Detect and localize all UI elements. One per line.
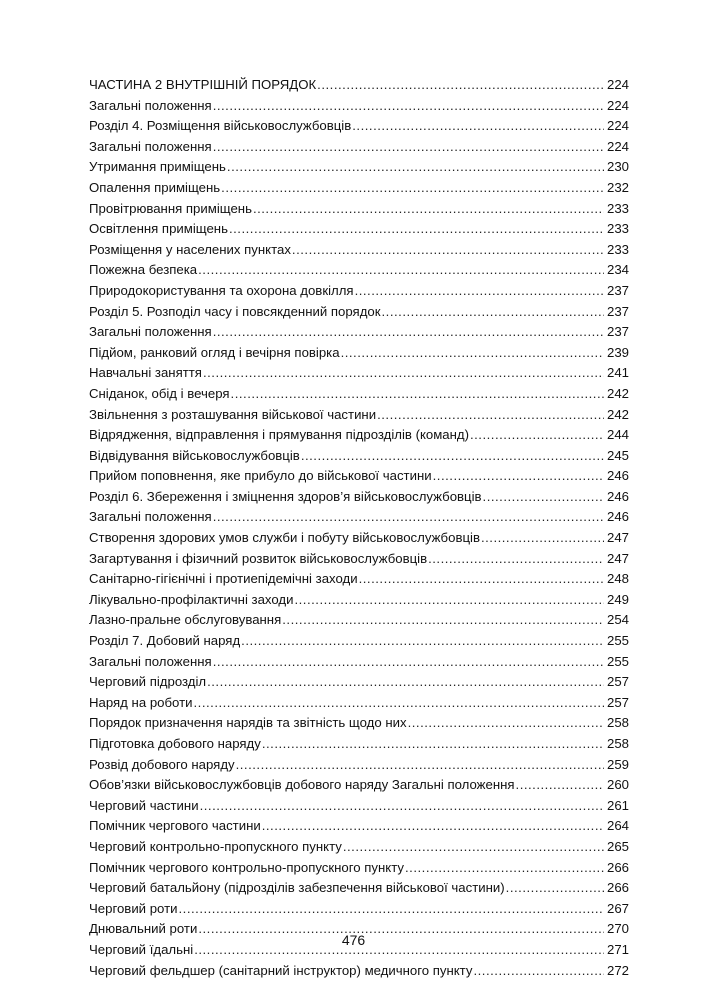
toc-entry-page: 244	[607, 425, 629, 446]
toc-entry-title: Пожежна безпека	[89, 260, 197, 281]
dot-leader	[292, 240, 604, 261]
toc-entry-title: Загальні положення	[89, 507, 212, 528]
toc-entry-page: 246	[607, 487, 629, 508]
toc-entry-title: Розділ 4. Розміщення військовослужбовців	[89, 116, 351, 137]
toc-entry-title: Розміщення у населених пунктах	[89, 240, 291, 261]
toc-entry-title: Розвід добового наряду	[89, 755, 235, 776]
toc-entry[interactable]: Черговий роти267	[89, 899, 629, 920]
toc-entry[interactable]: Розвід добового наряду259	[89, 755, 629, 776]
toc-entry-page: 257	[607, 693, 629, 714]
toc-entry-title: Провітрювання приміщень	[89, 199, 252, 220]
toc-entry-title: Сніданок, обід і вечеря	[89, 384, 230, 405]
toc-entry-title: Загартування і фізичний розвиток військо…	[89, 549, 427, 570]
toc-entry-title: Навчальні заняття	[89, 363, 202, 384]
toc-entry[interactable]: Розділ 7. Добовий наряд255	[89, 631, 629, 652]
dot-leader	[221, 178, 604, 199]
toc-entry[interactable]: Обов’язки військовослужбовців добового н…	[89, 775, 629, 796]
toc-entry-page: 248	[607, 569, 629, 590]
toc-entry[interactable]: Розділ 5. Розподіл часу і повсякденний п…	[89, 302, 629, 323]
toc-entry-page: 249	[607, 590, 629, 611]
dot-leader	[253, 199, 604, 220]
toc-entry[interactable]: Розміщення у населених пунктах233	[89, 240, 629, 261]
toc-entry-page: 224	[607, 75, 629, 96]
toc-entry-title: Створення здорових умов служби і побуту …	[89, 528, 480, 549]
toc-entry[interactable]: Освітлення приміщень233	[89, 219, 629, 240]
toc-entry[interactable]: Звільнення з розташування військової час…	[89, 405, 629, 426]
toc-entry-title: Підготовка добового наряду	[89, 734, 261, 755]
dot-leader	[203, 363, 604, 384]
dot-leader	[343, 837, 604, 858]
toc-entry-page: 239	[607, 343, 629, 364]
dot-leader	[207, 672, 604, 693]
toc-entry-page: 245	[607, 446, 629, 467]
toc-entry-title: Наряд на роботи	[89, 693, 193, 714]
dot-leader	[377, 405, 604, 426]
dot-leader	[359, 569, 604, 590]
toc-entry-title: Помічник чергового частини	[89, 816, 261, 837]
toc-entry[interactable]: Пожежна безпека234	[89, 260, 629, 281]
toc-entry[interactable]: Лазно-пральне обслуговування254	[89, 610, 629, 631]
toc-entry-page: 258	[607, 734, 629, 755]
toc-entry-page: 233	[607, 240, 629, 261]
toc-entry-title: Черговий фельдшер (санітарний інструктор…	[89, 961, 472, 982]
dot-leader	[241, 631, 604, 652]
toc-entry-title: Прийом поповнення, яке прибуло до військ…	[89, 466, 432, 487]
toc-entry-page: 257	[607, 672, 629, 693]
toc-entry[interactable]: Відрядження, відправлення і прямування п…	[89, 425, 629, 446]
toc-entry-title: Розділ 6. Збереження і зміцнення здоров’…	[89, 487, 482, 508]
toc-entry[interactable]: Санітарно-гігієнічні і протиепідемічні з…	[89, 569, 629, 590]
toc-entry-page: 266	[607, 858, 629, 879]
dot-leader	[382, 302, 604, 323]
toc-entry-title: Лікувально-профілактичні заходи	[89, 590, 293, 611]
toc-entry-page: 224	[607, 116, 629, 137]
toc-entry-page: 272	[607, 961, 629, 982]
toc-entry[interactable]: ЧАСТИНА 2 ВНУТРІШНІЙ ПОРЯДОК224	[89, 75, 629, 96]
toc-entry-title: Помічник чергового контрольно-пропускног…	[89, 858, 404, 879]
dot-leader	[506, 878, 604, 899]
dot-leader	[301, 446, 604, 467]
dot-leader	[355, 281, 604, 302]
dot-leader	[428, 549, 604, 570]
toc-entry[interactable]: Розділ 4. Розміщення військовослужбовців…	[89, 116, 629, 137]
dot-leader	[470, 425, 604, 446]
toc-entry[interactable]: Загальні положення255	[89, 652, 629, 673]
toc-entry-title: Утримання приміщень	[89, 157, 226, 178]
toc-entry-title: Освітлення приміщень	[89, 219, 228, 240]
toc-entry-page: 224	[607, 96, 629, 117]
dot-leader	[473, 961, 604, 982]
dot-leader	[408, 713, 604, 734]
dot-leader	[262, 734, 604, 755]
toc-entry-page: 237	[607, 281, 629, 302]
toc-entry-title: Загальні положення	[89, 137, 212, 158]
toc-entry[interactable]: Розділ 6. Збереження і зміцнення здоров’…	[89, 487, 629, 508]
dot-leader	[341, 343, 604, 364]
dot-leader	[213, 322, 604, 343]
toc-entry[interactable]: Лікувально-профілактичні заходи249	[89, 590, 629, 611]
dot-leader	[213, 507, 604, 528]
toc-entry[interactable]: Черговий фельдшер (санітарний інструктор…	[89, 961, 629, 982]
toc-entry-title: Підйом, ранковий огляд і вечірня повірка	[89, 343, 340, 364]
toc-entry-title: Відвідування військовослужбовців	[89, 446, 300, 467]
toc-entry[interactable]: Черговий частини261	[89, 796, 629, 817]
toc-entry-page: 255	[607, 652, 629, 673]
toc-entry[interactable]: Помічник чергового контрольно-пропускног…	[89, 858, 629, 879]
toc-entry-page: 233	[607, 219, 629, 240]
dot-leader	[317, 75, 604, 96]
dot-leader	[229, 219, 604, 240]
dot-leader	[236, 755, 604, 776]
toc-entry-title: Опалення приміщень	[89, 178, 220, 199]
dot-leader	[483, 487, 604, 508]
toc-entry[interactable]: Прийом поповнення, яке прибуло до військ…	[89, 466, 629, 487]
dot-leader	[405, 858, 604, 879]
toc-entry-page: 237	[607, 302, 629, 323]
toc-entry-page: 265	[607, 837, 629, 858]
toc-entry-page: 260	[607, 775, 629, 796]
dot-leader	[352, 116, 604, 137]
toc-entry[interactable]: Загальні положення246	[89, 507, 629, 528]
toc-entry-title: Розділ 5. Розподіл часу і повсякденний п…	[89, 302, 381, 323]
toc-entry-page: 261	[607, 796, 629, 817]
toc-entry-title: Черговий підрозділ	[89, 672, 206, 693]
toc-entry[interactable]: Підготовка добового наряду258	[89, 734, 629, 755]
page-number: 476	[0, 932, 707, 948]
toc-entry[interactable]: Відвідування військовослужбовців245	[89, 446, 629, 467]
toc-entry-title: Черговий батальйону (підрозділів забезпе…	[89, 878, 505, 899]
toc-entry-title: Черговий контрольно-пропускного пункту	[89, 837, 342, 858]
toc-entry-title: Лазно-пральне обслуговування	[89, 610, 281, 631]
dot-leader	[516, 775, 604, 796]
toc-entry-page: 224	[607, 137, 629, 158]
toc-entry-page: 242	[607, 405, 629, 426]
toc-entry[interactable]: Створення здорових умов служби і побуту …	[89, 528, 629, 549]
toc-entry[interactable]: Загальні положення224	[89, 96, 629, 117]
toc-entry-title: Відрядження, відправлення і прямування п…	[89, 425, 469, 446]
toc-entry[interactable]: Утримання приміщень230	[89, 157, 629, 178]
table-of-contents: ЧАСТИНА 2 ВНУТРІШНІЙ ПОРЯДОК224Загальні …	[89, 75, 629, 981]
toc-entry-title: Розділ 7. Добовий наряд	[89, 631, 240, 652]
toc-entry[interactable]: Порядок призначення нарядів та звітність…	[89, 713, 629, 734]
toc-entry[interactable]: Провітрювання приміщень233	[89, 199, 629, 220]
toc-entry-title: Обов’язки військовослужбовців добового н…	[89, 775, 515, 796]
dot-leader	[200, 796, 604, 817]
toc-entry[interactable]: Сніданок, обід і вечеря242	[89, 384, 629, 405]
toc-entry[interactable]: Загальні положення237	[89, 322, 629, 343]
dot-leader	[213, 652, 604, 673]
toc-entry-page: 247	[607, 528, 629, 549]
dot-leader	[194, 693, 604, 714]
dot-leader	[294, 590, 604, 611]
toc-entry-page: 266	[607, 878, 629, 899]
toc-entry-page: 234	[607, 260, 629, 281]
toc-entry-page: 247	[607, 549, 629, 570]
toc-entry[interactable]: Черговий батальйону (підрозділів забезпе…	[89, 878, 629, 899]
toc-entry-title: Загальні положення	[89, 652, 212, 673]
toc-entry[interactable]: Навчальні заняття241	[89, 363, 629, 384]
toc-entry-page: 237	[607, 322, 629, 343]
toc-entry-title: Санітарно-гігієнічні і протиепідемічні з…	[89, 569, 358, 590]
toc-entry-page: 254	[607, 610, 629, 631]
toc-entry-title: Загальні положення	[89, 322, 212, 343]
toc-entry-page: 259	[607, 755, 629, 776]
toc-entry-page: 255	[607, 631, 629, 652]
toc-entry[interactable]: Черговий підрозділ257	[89, 672, 629, 693]
toc-entry-title: Загальні положення	[89, 96, 212, 117]
toc-entry[interactable]: Опалення приміщень232	[89, 178, 629, 199]
toc-entry-page: 242	[607, 384, 629, 405]
toc-entry-page: 241	[607, 363, 629, 384]
dot-leader	[213, 96, 604, 117]
toc-entry-page: 267	[607, 899, 629, 920]
toc-entry[interactable]: Природокористування та охорона довкілля2…	[89, 281, 629, 302]
toc-entry-title: Природокористування та охорона довкілля	[89, 281, 354, 302]
dot-leader	[179, 899, 604, 920]
dot-leader	[433, 466, 604, 487]
toc-entry-page: 264	[607, 816, 629, 837]
dot-leader	[262, 816, 604, 837]
toc-entry-page: 232	[607, 178, 629, 199]
dot-leader	[481, 528, 604, 549]
toc-entry-title: Звільнення з розташування військової час…	[89, 405, 376, 426]
toc-entry-page: 246	[607, 507, 629, 528]
toc-entry-page: 230	[607, 157, 629, 178]
toc-entry-page: 233	[607, 199, 629, 220]
toc-entry[interactable]: Загальні положення224	[89, 137, 629, 158]
dot-leader	[282, 610, 604, 631]
toc-entry-page: 258	[607, 713, 629, 734]
toc-entry-title: Черговий роти	[89, 899, 178, 920]
dot-leader	[213, 137, 604, 158]
toc-entry[interactable]: Підйом, ранковий огляд і вечірня повірка…	[89, 343, 629, 364]
toc-entry-title: Порядок призначення нарядів та звітність…	[89, 713, 407, 734]
toc-entry[interactable]: Загартування і фізичний розвиток військо…	[89, 549, 629, 570]
dot-leader	[198, 260, 604, 281]
toc-entry-title: Черговий частини	[89, 796, 199, 817]
dot-leader	[231, 384, 604, 405]
toc-entry-page: 246	[607, 466, 629, 487]
toc-entry[interactable]: Черговий контрольно-пропускного пункту26…	[89, 837, 629, 858]
toc-entry[interactable]: Наряд на роботи257	[89, 693, 629, 714]
toc-entry[interactable]: Помічник чергового частини264	[89, 816, 629, 837]
dot-leader	[227, 157, 604, 178]
toc-entry-title: ЧАСТИНА 2 ВНУТРІШНІЙ ПОРЯДОК	[89, 75, 316, 96]
